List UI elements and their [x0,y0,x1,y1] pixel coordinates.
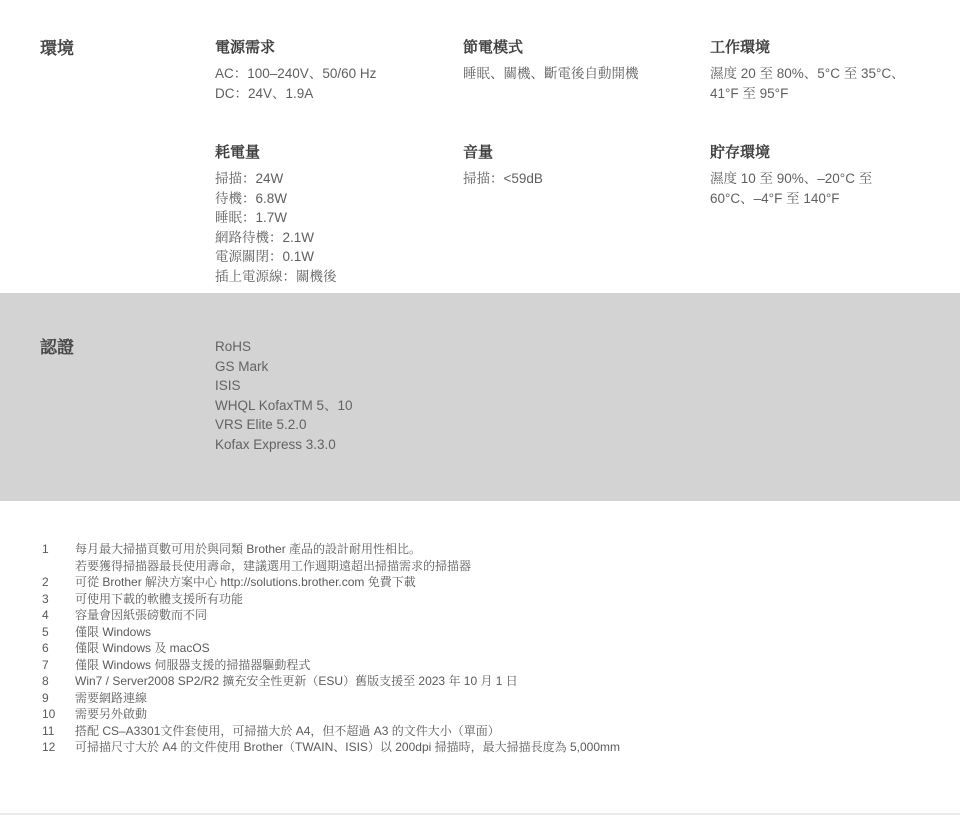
footnote-number: 10 [42,706,75,723]
footnote-text: 容量會因紙張磅數而不同 [75,607,940,624]
footnote-text: 僅限 Windows 伺服器支援的掃描器驅動程式 [75,657,940,674]
spec-group-line: 濕度 20 至 80%、5°C 至 35°C、 [710,64,940,84]
spec-group: 電源需求AC：100–240V、50/60 HzDC：24V、1.9A [215,38,463,103]
environment-grid: 環境 電源需求AC：100–240V、50/60 HzDC：24V、1.9A節電… [40,38,940,286]
spec-group-title: 節電模式 [463,38,710,58]
footnote-text: 可掃描尺寸大於 A4 的文件使用 Brother（TWAIN、ISIS）以 20… [75,739,940,756]
spec-group-line: 濕度 10 至 90%、–20°C 至 [710,169,940,189]
spec-group-line: 網路待機：2.1W [215,228,463,248]
footnote-number: 1 [42,541,75,574]
footnote-text: 需要另外啟動 [75,706,940,723]
spec-group: 工作環境濕度 20 至 80%、5°C 至 35°C、41°F 至 95°F [710,38,940,103]
spec-group: 音量掃描：<59dB [463,143,710,286]
certification-grid: 認證 RoHSGS MarkISISWHQL KofaxTM 5、10VRS E… [40,337,940,454]
certification-section-label: 認證 [40,337,215,454]
footnote-number: 9 [42,690,75,707]
certification-item: VRS Elite 5.2.0 [215,415,463,435]
footnote-number: 3 [42,591,75,608]
certification-item: WHQL KofaxTM 5、10 [215,396,463,416]
footnote-item: 11搭配 CS–A3301文件套使用，可掃描大於 A4，但不超過 A3 的文件大… [42,723,940,740]
spec-group-line: AC：100–240V、50/60 Hz [215,64,463,84]
spec-group-line: 插上電源線：關機後 [215,267,463,287]
certification-item: ISIS [215,376,463,396]
spec-group-title: 耗電量 [215,143,463,163]
footnote-item: 1每月最大掃描頁數可用於與同類 Brother 產品的設計耐用性相比。 若要獲得… [42,541,940,574]
footnote-item: 9需要網路連線 [42,690,940,707]
footnote-text: 可從 Brother 解決方案中心 http://solutions.broth… [75,574,940,591]
spec-group-line: 掃描：<59dB [463,169,710,189]
spec-group-title: 音量 [463,143,710,163]
certification-item: RoHS [215,337,463,357]
spec-group-line: 待機：6.8W [215,189,463,209]
footnotes-section: 1每月最大掃描頁數可用於與同類 Brother 產品的設計耐用性相比。 若要獲得… [0,541,960,756]
footnote-item: 2可從 Brother 解決方案中心 http://solutions.brot… [42,574,940,591]
spec-group: 耗電量掃描：24W待機：6.8W睡眠：1.7W網路待機：2.1W電源關閉：0.1… [215,143,463,286]
footnote-number: 7 [42,657,75,674]
footnote-text: 需要網路連線 [75,690,940,707]
spec-group-line: 睡眠、關機、斷電後自動開機 [463,64,710,84]
footnote-text: 僅限 Windows 及 macOS [75,640,940,657]
certification-item: Kofax Express 3.3.0 [215,435,463,455]
footnote-number: 5 [42,624,75,641]
spec-page: 環境 電源需求AC：100–240V、50/60 HzDC：24V、1.9A節電… [0,0,960,815]
footnote-item: 6僅限 Windows 及 macOS [42,640,940,657]
spec-group-line: DC：24V、1.9A [215,84,463,104]
spec-group: 節電模式睡眠、關機、斷電後自動開機 [463,38,710,103]
footnote-text: 可使用下載的軟體支援所有功能 [75,591,940,608]
footnote-number: 6 [42,640,75,657]
spec-group-line: 41°F 至 95°F [710,84,940,104]
footnote-number: 11 [42,723,75,740]
footnote-item: 3可使用下載的軟體支援所有功能 [42,591,940,608]
footnote-number: 12 [42,739,75,756]
footnote-text: 每月最大掃描頁數可用於與同類 Brother 產品的設計耐用性相比。 若要獲得掃… [75,541,940,574]
environment-section: 環境 電源需求AC：100–240V、50/60 HzDC：24V、1.9A節電… [0,38,960,286]
footnote-text: Win7 / Server2008 SP2/R2 擴充安全性更新（ESU）舊版支… [75,673,940,690]
footnote-text: 僅限 Windows [75,624,940,641]
footnote-item: 7僅限 Windows 伺服器支援的掃描器驅動程式 [42,657,940,674]
footnote-number: 8 [42,673,75,690]
footnote-number: 4 [42,607,75,624]
spec-group-title: 工作環境 [710,38,940,58]
footnote-number: 2 [42,574,75,591]
footnote-item: 4容量會因紙張磅數而不同 [42,607,940,624]
spec-group-title: 貯存環境 [710,143,940,163]
certification-list: RoHSGS MarkISISWHQL KofaxTM 5、10VRS Elit… [215,337,463,454]
spec-group-line: 掃描：24W [215,169,463,189]
spec-group-title: 電源需求 [215,38,463,58]
footnote-item: 8Win7 / Server2008 SP2/R2 擴充安全性更新（ESU）舊版… [42,673,940,690]
spec-group-line: 睡眠：1.7W [215,208,463,228]
footnote-item: 10需要另外啟動 [42,706,940,723]
footnote-item: 5僅限 Windows [42,624,940,641]
environment-section-label: 環境 [40,38,215,103]
spec-group: 貯存環境濕度 10 至 90%、–20°C 至60°C、–4°F 至 140°F [710,143,940,286]
certification-section: 認證 RoHSGS MarkISISWHQL KofaxTM 5、10VRS E… [0,293,960,501]
certification-item: GS Mark [215,357,463,377]
spec-group-line: 電源關閉：0.1W [215,247,463,267]
footnote-text: 搭配 CS–A3301文件套使用，可掃描大於 A4，但不超過 A3 的文件大小（… [75,723,940,740]
spec-group-line: 60°C、–4°F 至 140°F [710,189,940,209]
footnote-item: 12可掃描尺寸大於 A4 的文件使用 Brother（TWAIN、ISIS）以 … [42,739,940,756]
